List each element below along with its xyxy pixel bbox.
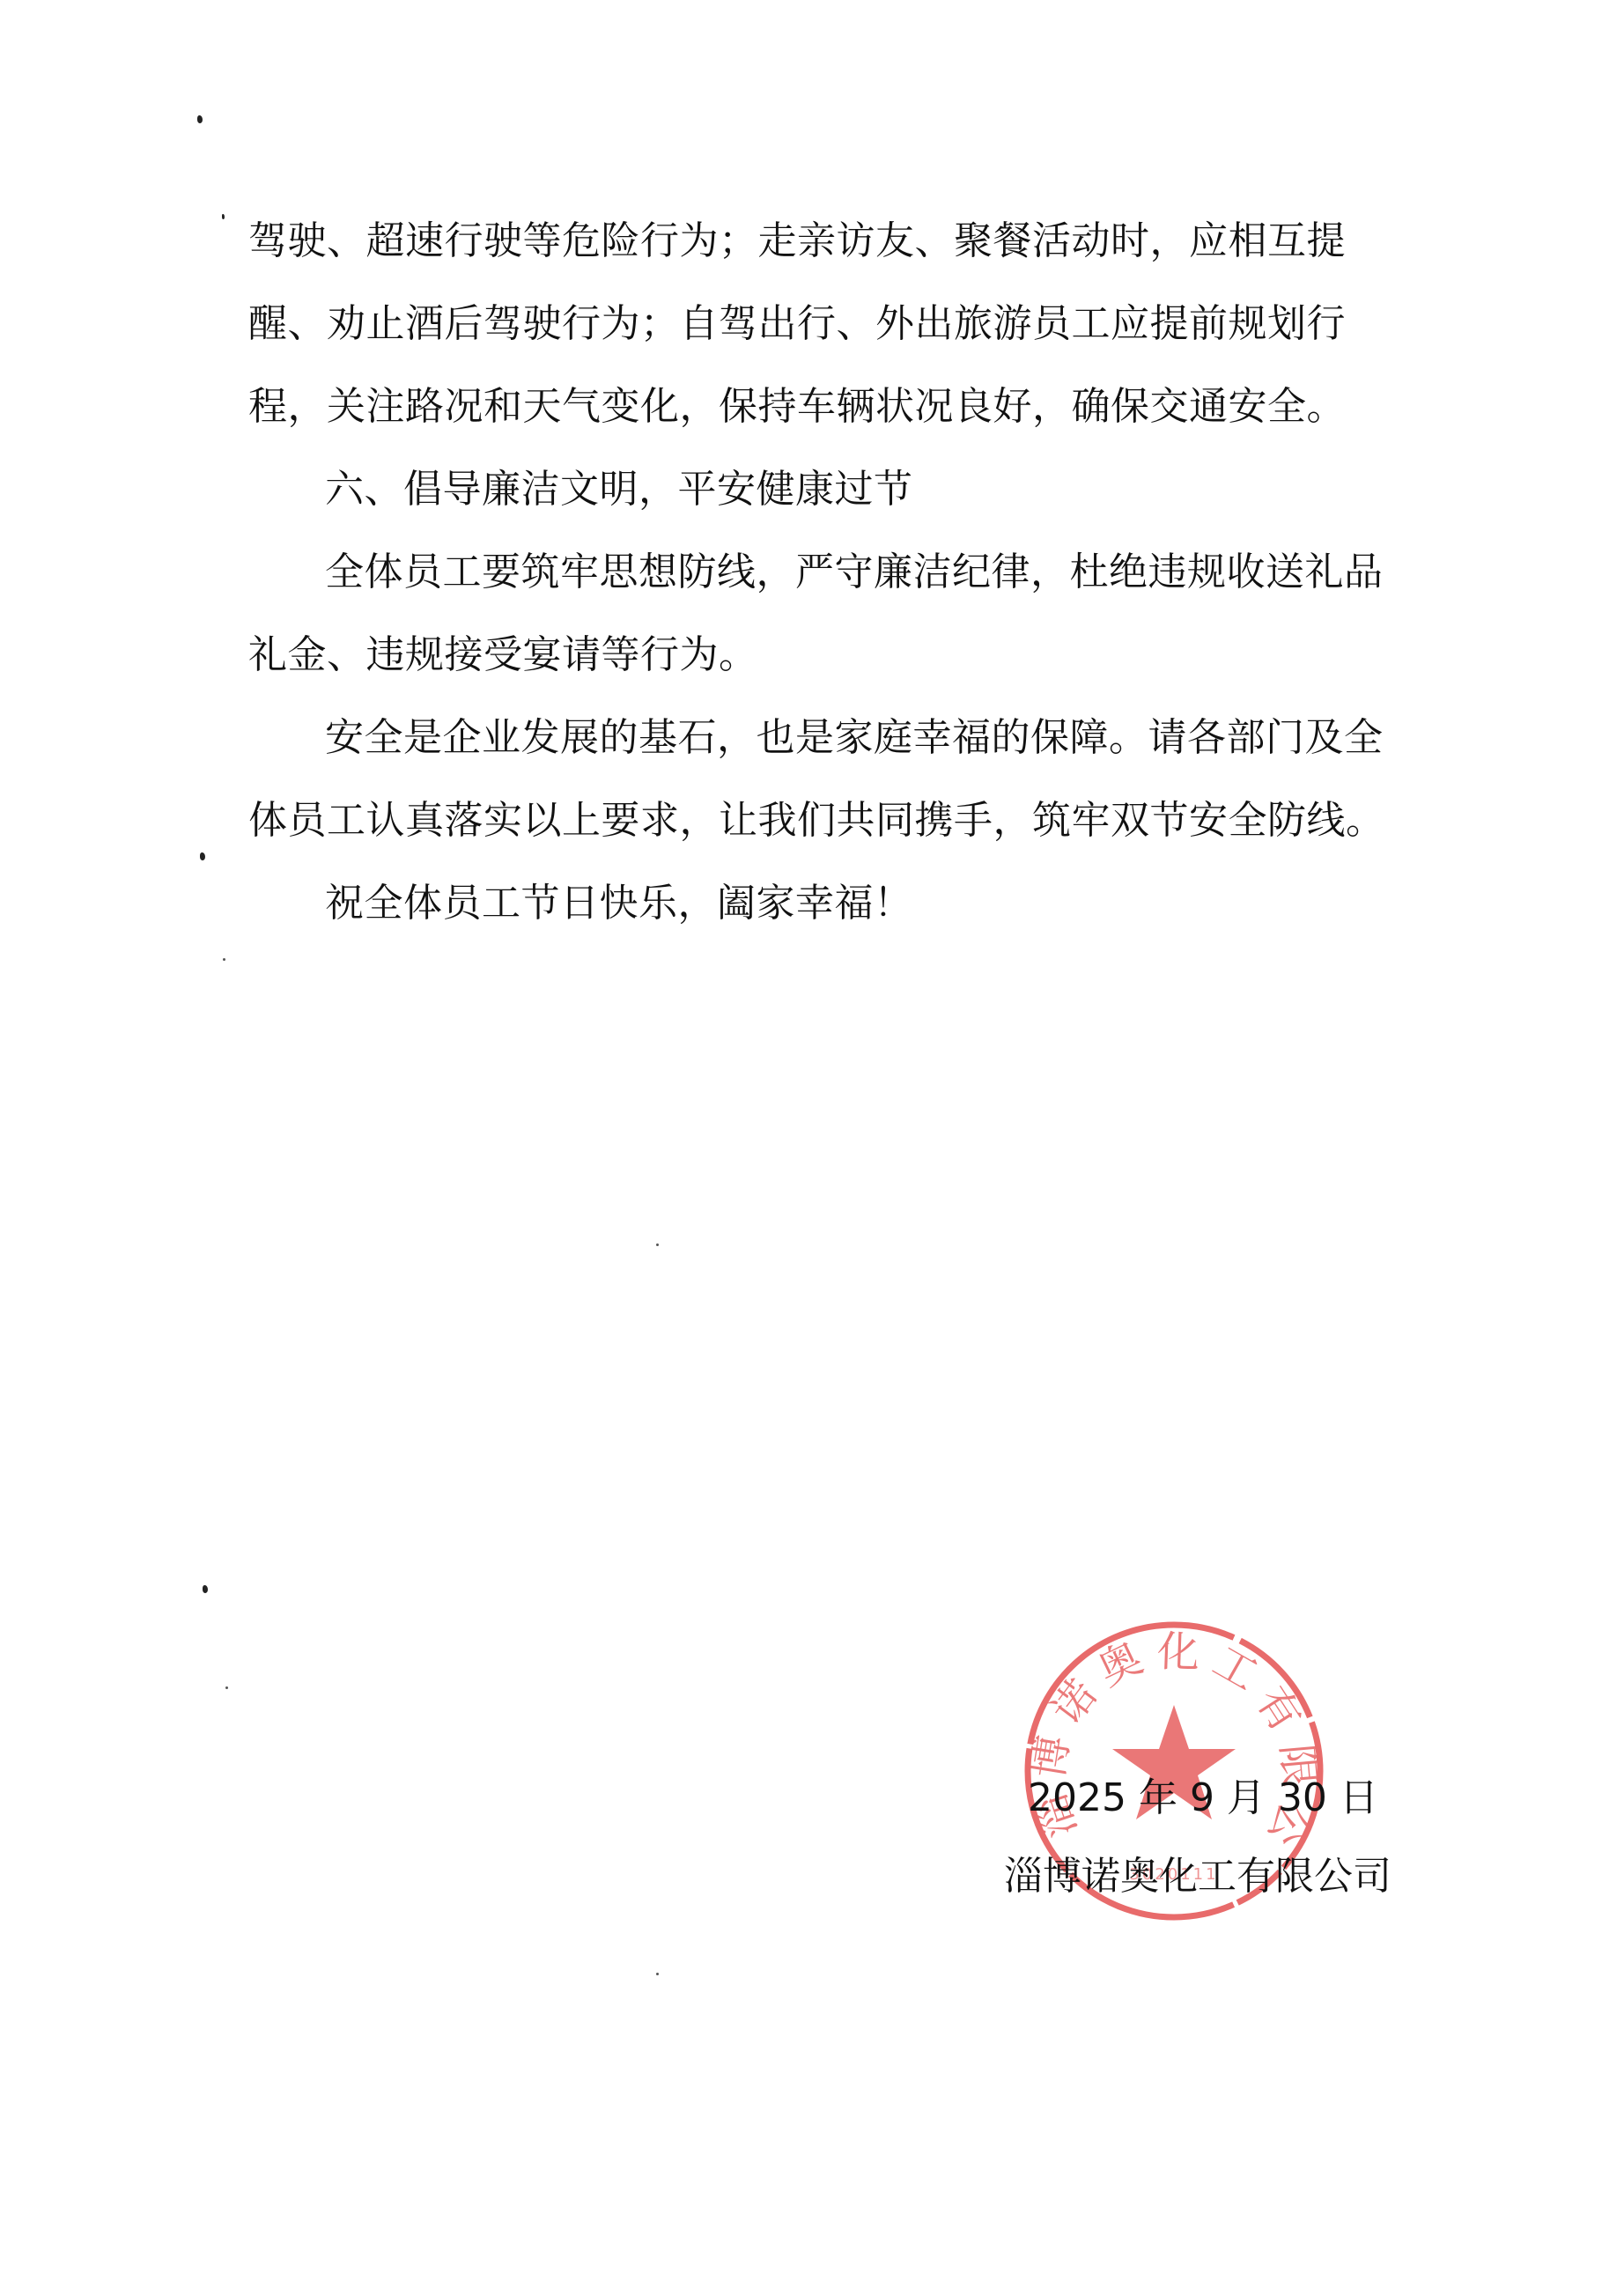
section-heading: 六、倡导廉洁文明，平安健康过节 — [325, 465, 913, 514]
scan-dot — [656, 1243, 659, 1246]
scan-mark — [203, 1585, 208, 1593]
signature-date: 2025 年 9 月 30 日 — [1028, 1774, 1378, 1823]
body-line: 全体员工要筑牢思想防线，严守廉洁纪律，杜绝违规收送礼品 — [325, 548, 1384, 597]
scan-dot — [656, 1973, 659, 1975]
body-line: 礼金、违规接受宴请等行为。 — [248, 631, 758, 680]
scan-mark — [197, 115, 203, 123]
document-page: 驾驶、超速行驶等危险行为；走亲访友、聚餐活动时，应相互提 醒、劝止酒后驾驶行为；… — [0, 0, 1624, 2295]
scan-mark — [222, 214, 225, 219]
body-line: 程，关注路况和天气变化，保持车辆状况良好，确保交通安全。 — [248, 382, 1346, 432]
scan-dot — [225, 1686, 228, 1689]
signature-company: 淄博诺奥化工有限公司 — [1004, 1852, 1391, 1901]
body-line: 醒、劝止酒后驾驶行为；自驾出行、外出旅游员工应提前规划行 — [248, 299, 1346, 349]
scan-mark — [200, 852, 205, 860]
body-line: 安全是企业发展的基石，也是家庭幸福的保障。请各部门及全 — [325, 713, 1384, 763]
closing-line: 祝全体员工节日快乐，阖家幸福！ — [325, 879, 913, 928]
body-line: 驾驶、超速行驶等危险行为；走亲访友、聚餐活动时，应相互提 — [248, 217, 1346, 266]
body-line: 体员工认真落实以上要求，让我们共同携手，筑牢双节安全防线。 — [248, 796, 1385, 845]
scan-dot — [223, 958, 225, 961]
